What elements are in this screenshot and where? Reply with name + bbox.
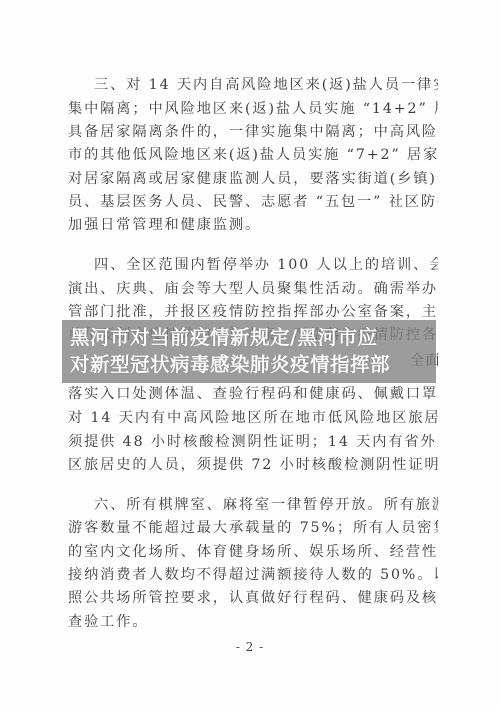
- page-number: - 2 -: [0, 640, 500, 654]
- section-3-line-4: 市的其他低风险地区来(返)盐人员实施 “7+2” 居家健康监测。: [68, 145, 438, 165]
- section-5-line-5: 区旅居史的人员，须提供 72 小时核酸检测阴性证明。: [68, 455, 438, 475]
- section-4-line-1: 四、全区范围内暂停举办 100 人以上的培训、会议、展览、: [94, 255, 438, 275]
- section-6-line-5: 照公共场所管控要求，认真做好行程码、健康码及核酸阴性证明: [68, 588, 438, 608]
- section-6-line-6: 查验工作。: [68, 612, 438, 632]
- overlay-title-line-1: 黑河市对当前疫情新规定/黑河市应: [70, 324, 430, 351]
- overlay-title-line-2: 对新型冠状病毒感染肺炎疫情指挥部: [70, 351, 430, 378]
- section-6-line-1: 六、所有棋牌室、麻将室一律暂停开放。所有旅游景区景点: [94, 495, 438, 515]
- section-5-line-4: 须提供 48 小时核酸检测阴性证明；14 天内有省外其他低风险地: [68, 432, 438, 452]
- title-overlay-banner: 黑河市对当前疫情新规定/黑河市应 对新型冠状病毒感染肺炎疫情指挥部: [62, 320, 436, 383]
- section-3-line-6: 员、基层医务人员、民警、志愿者 “五包一” 社区防控责任制，: [68, 192, 438, 212]
- section-4-line-3: 管部门批准，并报区疫情防控指挥部办公室备案，主办(承办): [68, 302, 438, 322]
- section-3-line-2: 集中隔离；中风险地区来(返)盐人员实施 “14+2” 居家隔离，不: [68, 99, 438, 119]
- section-3-line-3: 具备居家隔离条件的，一律实施集中隔离；中高风险地区所在地: [68, 122, 438, 142]
- overlay-title: 黑河市对当前疫情新规定/黑河市应 对新型冠状病毒感染肺炎疫情指挥部: [70, 324, 430, 378]
- document-page: 三、对 14 天内自高风险地区来(返)盐人员一律实施 “14+2” 集中隔离；中…: [0, 0, 500, 707]
- section-3-line-5: 对居家隔离或居家健康监测人员，要落实街道(乡镇)干部、网格: [68, 169, 438, 189]
- section-3-line-1: 三、对 14 天内自高风险地区来(返)盐人员一律实施 “14+2”: [94, 75, 438, 95]
- section-5-line-3: 对 14 天内有中高风险地区所在地市低风险地区旅居史的人员，: [68, 408, 438, 428]
- section-4-line-2: 演出、庆典、庙会等大型人员聚集性活动。确需举办的，要经主: [68, 279, 438, 299]
- section-6-line-3: 的室内文化场所、体育健身场所、娱乐场所、经营性服务性场所: [68, 542, 438, 562]
- section-6-line-2: 游客数量不能超过最大承载量的 75%；所有人员密集且流动性大: [68, 518, 438, 538]
- section-3-line-7: 加强日常管理和健康监测。: [68, 215, 438, 235]
- section-5-line-2: 落实入口处测体温、查验行程码和健康码、佩戴口罩等防控措施。: [68, 384, 438, 404]
- section-6-line-4: 接纳消费者人数均不得超过满额接待人数的 50%。以上场所要按: [68, 565, 438, 585]
